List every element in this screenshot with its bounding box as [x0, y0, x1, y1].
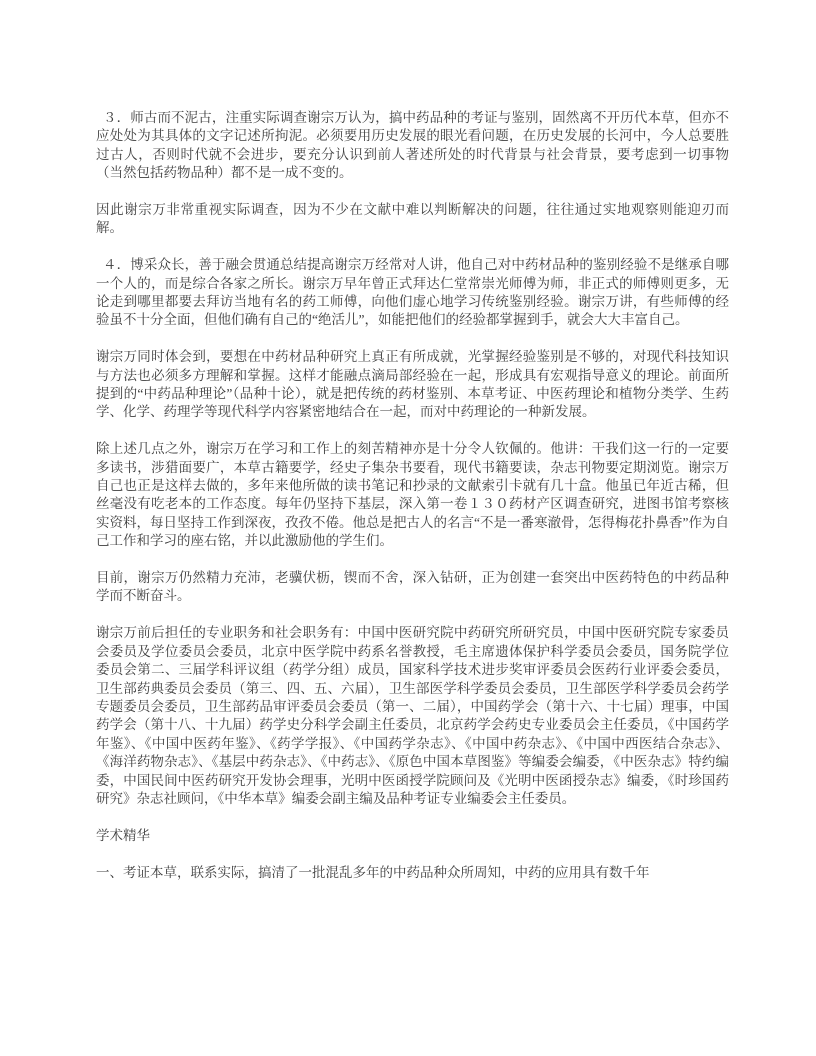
- document-page: ３．师古而不泥古，注重实际调查谢宗万认为，搞中药品种的考证与鉴别，固然离不开历代…: [0, 0, 816, 1056]
- section-heading-academic-essence: 学术精华: [96, 827, 729, 845]
- paragraph-modern-science: 谢宗万同时体会到，要想在中药材品种研究上真正有所成就，光掌握经验鉴别是不够的，对…: [96, 348, 729, 422]
- paragraph-professional-positions: 谢宗万前后担任的专业职务和社会职务有：中国中医研究院中药研究所研究员，中国中医研…: [96, 624, 729, 808]
- paragraph-current-effort: 目前，谢宗万仍然精力充沛，老骥伏枥，锲而不舍，深入钻研，正为创建一套突出中医药特…: [96, 569, 729, 606]
- paragraph-herb-textual-research: 一、考证本草，联系实际，搞清了一批混乱多年的中药品种众所周知，中药的应用具有数千…: [96, 864, 729, 882]
- paragraph-bocai-zhongchang: ４．博采众长，善于融会贯通总结提高谢宗万经常对人讲，他自己对中药材品种的鉴别经验…: [96, 256, 729, 330]
- paragraph-diligence: 除上述几点之外，谢宗万在学习和工作上的刻苦精神亦是十分令人钦佩的。他讲：干我们这…: [96, 440, 729, 550]
- paragraph-shigu-bu-nigu: ３．师古而不泥古，注重实际调查谢宗万认为，搞中药品种的考证与鉴别，固然离不开历代…: [96, 109, 729, 183]
- paragraph-practical-investigation: 因此谢宗万非常重视实际调查，因为不少在文献中难以判断解决的问题，往往通过实地观察…: [96, 201, 729, 238]
- document-body: ３．师古而不泥古，注重实际调查谢宗万认为，搞中药品种的考证与鉴别，固然离不开历代…: [96, 109, 729, 882]
